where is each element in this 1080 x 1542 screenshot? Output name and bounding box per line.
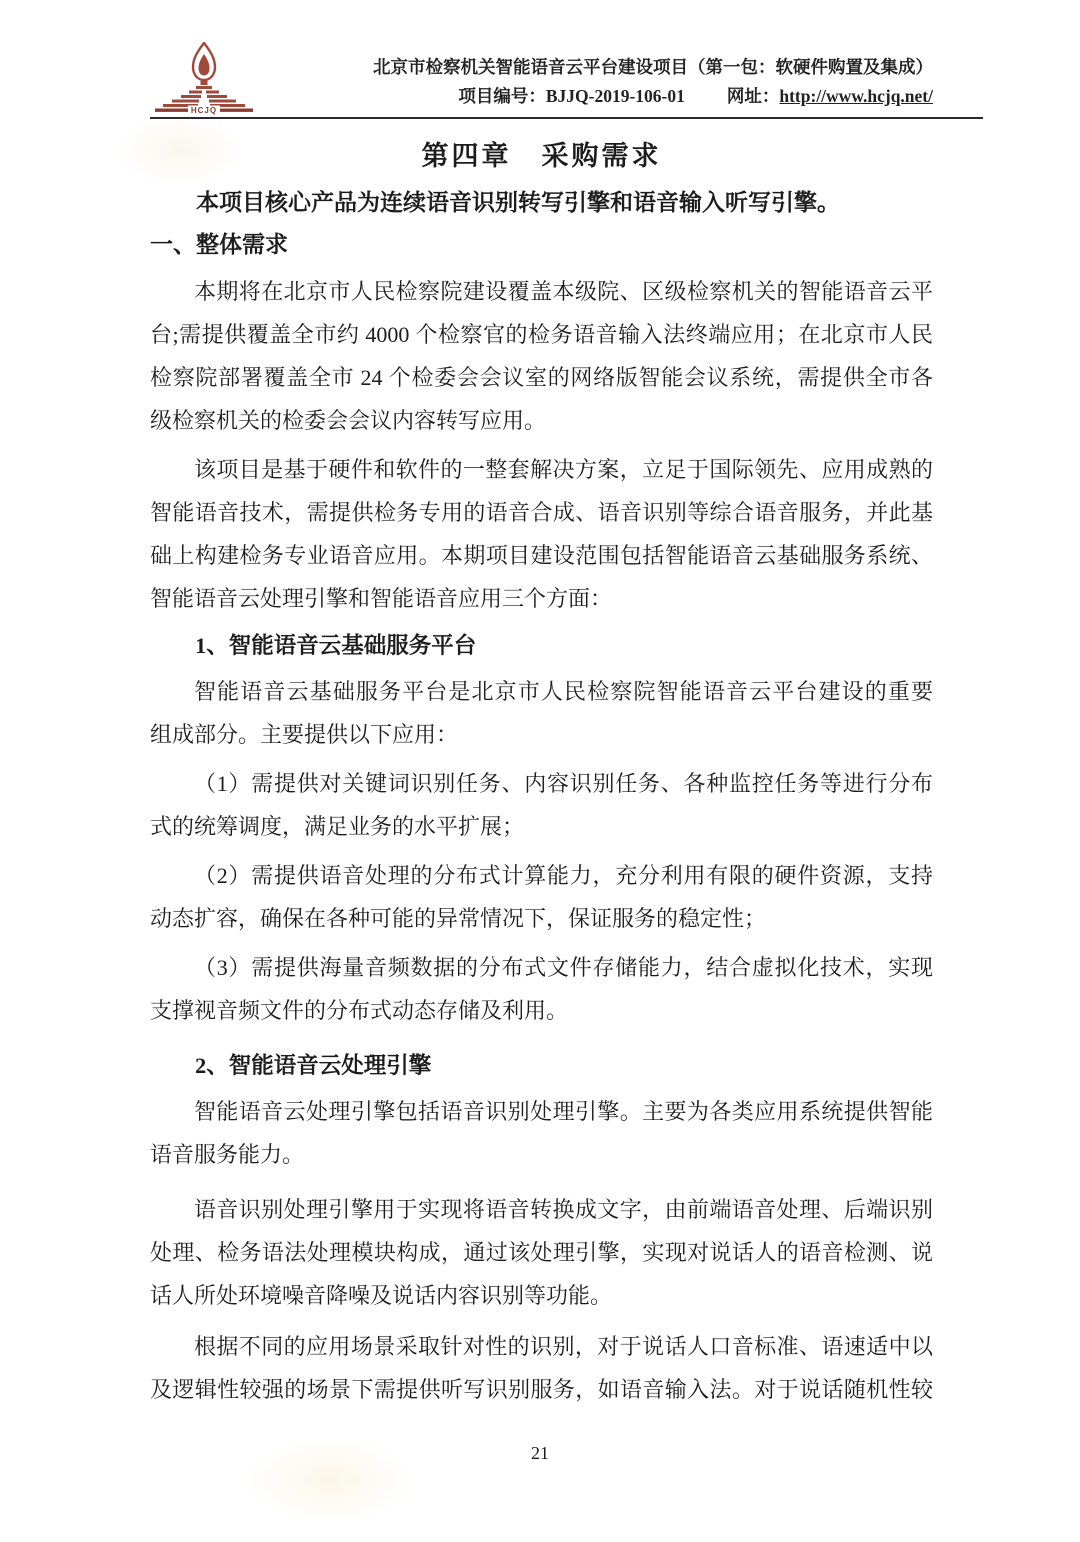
document-content: 第四章 采购需求 本项目核心产品为连续语音识别转写引擎和语音输入听写引擎。一、整… <box>150 118 933 1411</box>
chapter-lead: 本项目核心产品为连续语音识别转写引擎和语音输入听写引擎。 <box>150 186 933 220</box>
paragraph-line: （2）需提供语音处理的分布式计算能力，充分利用有限的硬件资源，支持 <box>150 854 933 897</box>
section-heading: 一、整体需求 <box>150 228 933 262</box>
paragraph: 语音识别处理引擎用于实现将语音转换成文字，由前端语音处理、后端识别处理、检务语法… <box>150 1188 933 1317</box>
paragraph-line: 智能语音云处理引擎包括语音识别处理引擎。主要为各类应用系统提供智能 <box>150 1090 933 1133</box>
paragraph-line: 智能语音技术，需提供检务专用的语音合成、语音识别等综合语音服务，并此基 <box>150 491 933 534</box>
paragraph-line: 动态扩容，确保在各种可能的异常情况下，保证服务的稳定性； <box>150 897 933 940</box>
chapter-title: 第四章 采购需求 <box>150 138 933 174</box>
paragraph-line: 及逻辑性较强的场景下需提供听写识别服务，如语音输入法。对于说话随机性较 <box>150 1368 933 1411</box>
paragraph: 本期将在北京市人民检察院建设覆盖本级院、区级检察机关的智能语音云平台;需提供覆盖… <box>150 270 933 442</box>
paragraph-line: 智能语音云处理引擎和智能语音应用三个方面： <box>150 577 933 620</box>
paragraph: 智能语音云基础服务平台是北京市人民检察院智能语音云平台建设的重要组成部分。主要提… <box>150 670 933 756</box>
project-meta: 项目编号：BJJQ-2019-106-01网址：http://www.hcjq.… <box>373 82 933 111</box>
paragraph: 该项目是基于硬件和软件的一整套解决方案，立足于国际领先、应用成熟的智能语音技术，… <box>150 448 933 620</box>
paragraph-line: 话人所处环境噪音降噪及说话内容识别等功能。 <box>150 1274 933 1317</box>
paragraph-line: 智能语音云基础服务平台是北京市人民检察院智能语音云平台建设的重要 <box>150 670 933 713</box>
page-number: 21 <box>0 1443 1080 1464</box>
subsection-heading: 1、智能语音云基础服务平台 <box>150 628 933 664</box>
paragraph-line: 该项目是基于硬件和软件的一整套解决方案，立足于国际领先、应用成熟的 <box>150 448 933 491</box>
paragraph-line: 台;需提供覆盖全市约 4000 个检察官的检务语音输入法终端应用；在北京市人民 <box>150 313 933 356</box>
paragraph-line: 处理、检务语法处理模块构成，通过该处理引擎，实现对说话人的语音检测、说 <box>150 1231 933 1274</box>
project-no: BJJQ-2019-106-01 <box>546 86 685 106</box>
website-label: 网址： <box>727 86 780 106</box>
paragraph-line: 组成部分。主要提供以下应用： <box>150 713 933 756</box>
hcjq-logo-icon: HCJQ <box>152 42 256 116</box>
paragraph-line: 级检察机关的检委会会议内容转写应用。 <box>150 399 933 442</box>
paragraph-line: 语音服务能力。 <box>150 1133 933 1176</box>
paragraph: （3）需提供海量音频数据的分布式文件存储能力，结合虚拟化技术，实现支撑视音频文件… <box>150 946 933 1032</box>
paragraph: （2）需提供语音处理的分布式计算能力，充分利用有限的硬件资源，支持动态扩容，确保… <box>150 854 933 940</box>
website-url: http://www.hcjq.net/ <box>779 86 933 106</box>
paragraph-line: 式的统筹调度，满足业务的水平扩展； <box>150 805 933 848</box>
paragraph-line: （3）需提供海量音频数据的分布式文件存储能力，结合虚拟化技术，实现 <box>150 946 933 989</box>
paragraph: 智能语音云处理引擎包括语音识别处理引擎。主要为各类应用系统提供智能语音服务能力。 <box>150 1090 933 1176</box>
paragraph-line: （1）需提供对关键词识别任务、内容识别任务、各种监控任务等进行分布 <box>150 762 933 805</box>
project-title: 北京市检察机关智能语音云平台建设项目（第一包：软硬件购置及集成） <box>373 53 933 82</box>
paragraph-line: 础上构建检务专业语音应用。本期项目建设范围包括智能语音云基础服务系统、 <box>150 534 933 577</box>
document-header-text: 北京市检察机关智能语音云平台建设项目（第一包：软硬件购置及集成） 项目编号：BJ… <box>373 53 933 111</box>
paragraph-line: 本期将在北京市人民检察院建设覆盖本级院、区级检察机关的智能语音云平 <box>150 270 933 313</box>
document-page: HCJQ 北京市检察机关智能语音云平台建设项目（第一包：软硬件购置及集成） 项目… <box>0 0 1080 1542</box>
document-body: 本项目核心产品为连续语音识别转写引擎和语音输入听写引擎。一、整体需求本期将在北京… <box>150 186 933 1411</box>
paragraph: （1）需提供对关键词识别任务、内容识别任务、各种监控任务等进行分布式的统筹调度，… <box>150 762 933 848</box>
logo-text: HCJQ <box>191 106 217 115</box>
paragraph-line: 根据不同的应用场景采取针对性的识别，对于说话人口音标准、语速适中以 <box>150 1325 933 1368</box>
paragraph-line: 检察院部署覆盖全市 24 个检委会会议室的网络版智能会议系统，需提供全市各 <box>150 356 933 399</box>
paragraph: 根据不同的应用场景采取针对性的识别，对于说话人口音标准、语速适中以及逻辑性较强的… <box>150 1325 933 1411</box>
paragraph-line: 语音识别处理引擎用于实现将语音转换成文字，由前端语音处理、后端识别 <box>150 1188 933 1231</box>
paragraph-line: 支撑视音频文件的分布式动态存储及利用。 <box>150 989 933 1032</box>
project-no-label: 项目编号： <box>458 86 546 106</box>
subsection-heading: 2、智能语音云处理引擎 <box>150 1048 933 1084</box>
